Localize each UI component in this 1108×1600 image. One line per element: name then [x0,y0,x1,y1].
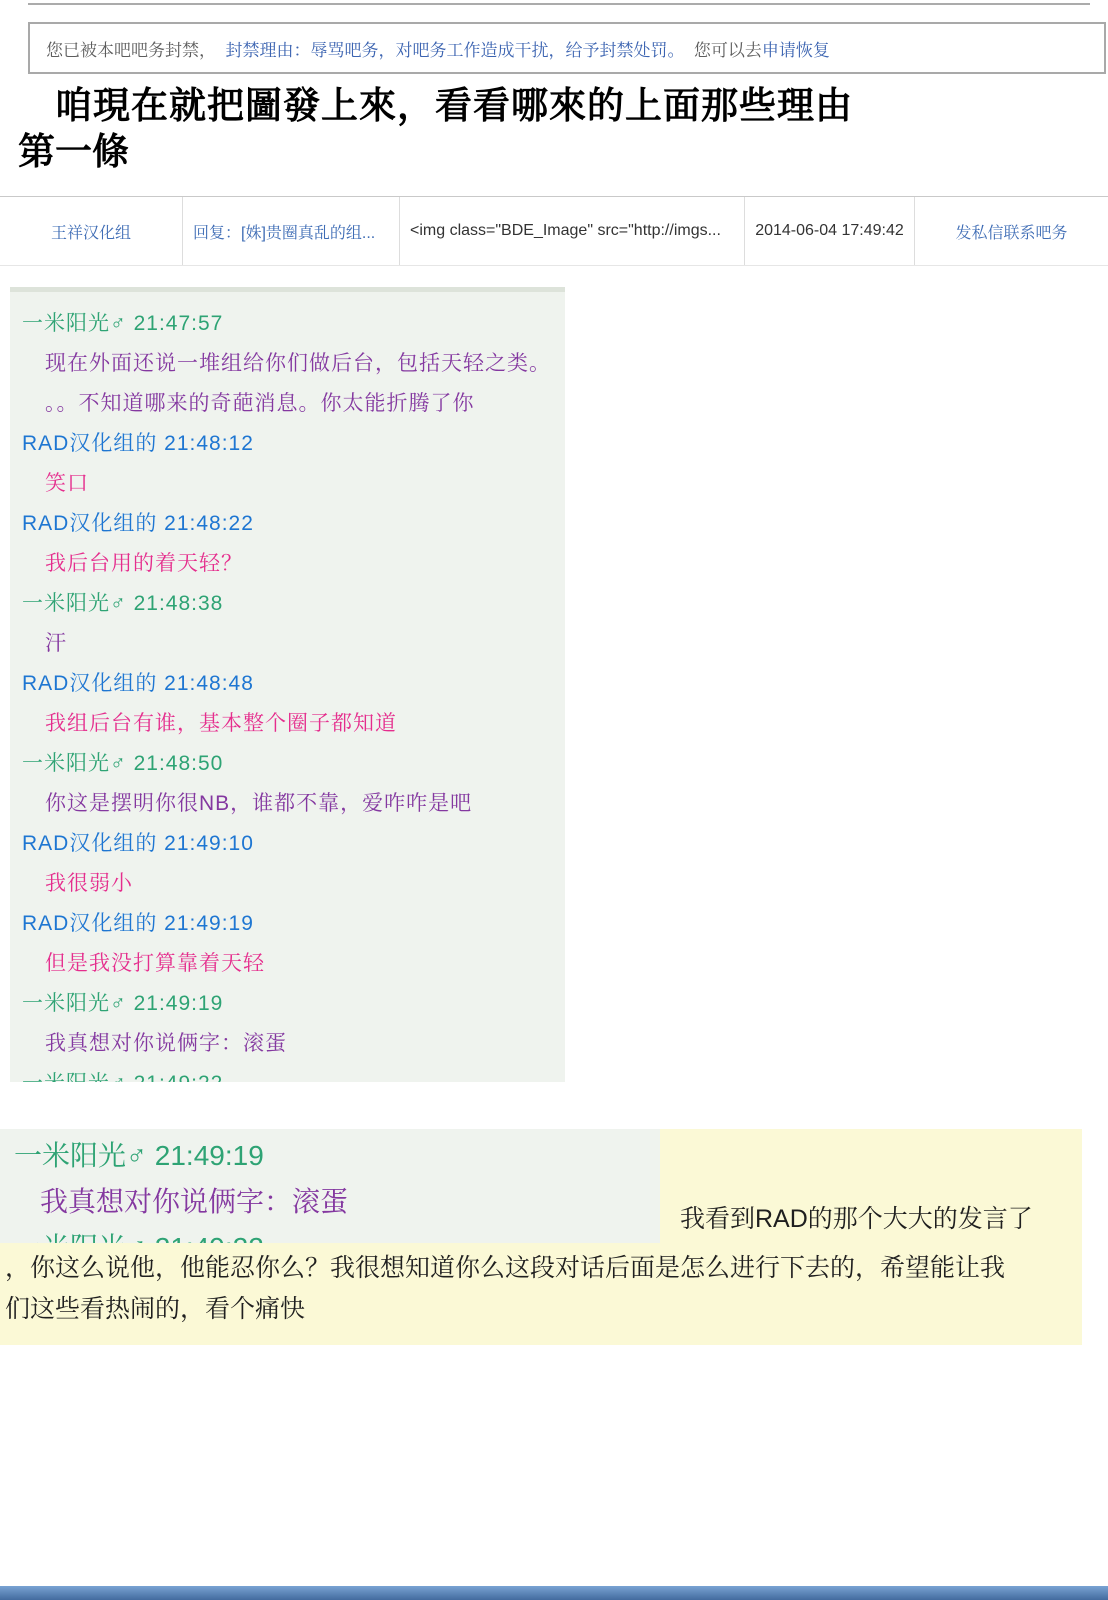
chat-name-time: RAD汉化组的 21:49:10 [22,824,565,864]
chat-name-time: 一米阳光♂ 21:49:19 [22,984,565,1024]
ban-reason-text: 封禁理由：辱骂吧务，对吧务工作造成干扰，给予封禁处罚。 [225,36,684,61]
appeal-link[interactable]: 申请恢复 [762,36,830,61]
post-content-snippet: <img class="BDE_Image" src="http://imgs.… [400,197,745,265]
chat-message: 我真想对你说俩字：滚蛋 [22,1024,565,1064]
chat-message: 我组后台有谁，基本整个圈子都知道 [22,704,565,744]
chat-name-time: RAD汉化组的 21:48:22 [22,504,565,544]
tieba-post-page: 您已被本吧吧务封禁， 封禁理由：辱骂吧务，对吧务工作造成干扰，给予封禁处罚。 您… [0,0,1108,1600]
chat-name-time: 一米阳光♂ 21:49:22 [14,1225,660,1243]
chat-message: 笑口 [22,464,565,504]
chat-message: 。。不知道哪来的奇葩消息。你太能折腾了你 [22,384,565,424]
post-title-link[interactable]: 回复：[姝]贵圈真乱的组... [183,197,400,265]
chat-message: 但是我没打算靠着天轻 [22,944,565,984]
chat-screenshot-image[interactable]: 一米阳光♂ 21:47:57现在外面还说一堆组给你们做后台，包括天轻之类。。。不… [10,287,565,1082]
post-heading-line1: 咱現在就把圖發上來，看看哪來的上面那些理由 [55,84,853,130]
comment-text-line2: ，你这么说他，他能忍你么？我很想知道你么这段对话后面是怎么进行下去的，希望能让我 [5,1248,1005,1284]
post-timestamp: 2014-06-04 17:49:42 [745,197,915,265]
chat-name-time: 一米阳光♂ 21:49:22 [22,1064,565,1082]
chat-message: 我真想对你说俩字：滚蛋 [14,1179,660,1225]
ban-notice-prefix: 您已被本吧吧务封禁， [46,36,225,61]
chat-message: 你这是摆明你很NB，谁都不靠，爱咋咋是吧 [22,784,565,824]
post-info-row: 王祥汉化组 回复：[姝]贵圈真乱的组... <img class="BDE_Im… [0,196,1108,266]
chat-message: 我后台用的着天轻？ [22,544,565,584]
chat-screenshot-fragment-image[interactable]: 一米阳光♂ 21:49:19我真想对你说俩字：滚蛋一米阳光♂ 21:49:22 [0,1129,660,1243]
author-link[interactable]: 王祥汉化组 [0,197,183,265]
ban-notice: 您已被本吧吧务封禁， 封禁理由：辱骂吧务，对吧务工作造成干扰，给予封禁处罚。 您… [28,22,1106,74]
chat-name-time: RAD汉化组的 21:49:19 [22,904,565,944]
comment-text-line1: 我看到RAD的那个大大的发言了 [680,1199,1033,1235]
bottom-bar [0,1586,1108,1600]
chat-name-time: RAD汉化组的 21:48:12 [22,424,565,464]
cutoff-element-border [28,3,1090,5]
chat-message: 我很弱小 [22,864,565,904]
chat-message: 汗 [22,624,565,664]
post-heading: 咱現在就把圖發上來，看看哪來的上面那些理由 第一條 [0,84,853,176]
chat-name-time: RAD汉化组的 21:48:48 [22,664,565,704]
chat-name-time: 一米阳光♂ 21:49:19 [14,1133,660,1179]
chat-message: 现在外面还说一堆组给你们做后台，包括天轻之类。 [22,344,565,384]
comment-text-line3: 们这些看热闹的，看个痛快 [5,1289,305,1325]
chat-name-time: 一米阳光♂ 21:47:57 [22,304,565,344]
comment-block: 一米阳光♂ 21:49:19我真想对你说俩字：滚蛋一米阳光♂ 21:49:22 … [0,1129,1082,1345]
chat-name-time: 一米阳光♂ 21:48:50 [22,744,565,784]
chat-name-time: 一米阳光♂ 21:48:38 [22,584,565,624]
pm-moderator-link[interactable]: 发私信联系吧务 [915,197,1108,265]
ban-notice-suffix: 您可以去 [684,36,761,61]
post-heading-line2: 第一條 [18,130,853,176]
